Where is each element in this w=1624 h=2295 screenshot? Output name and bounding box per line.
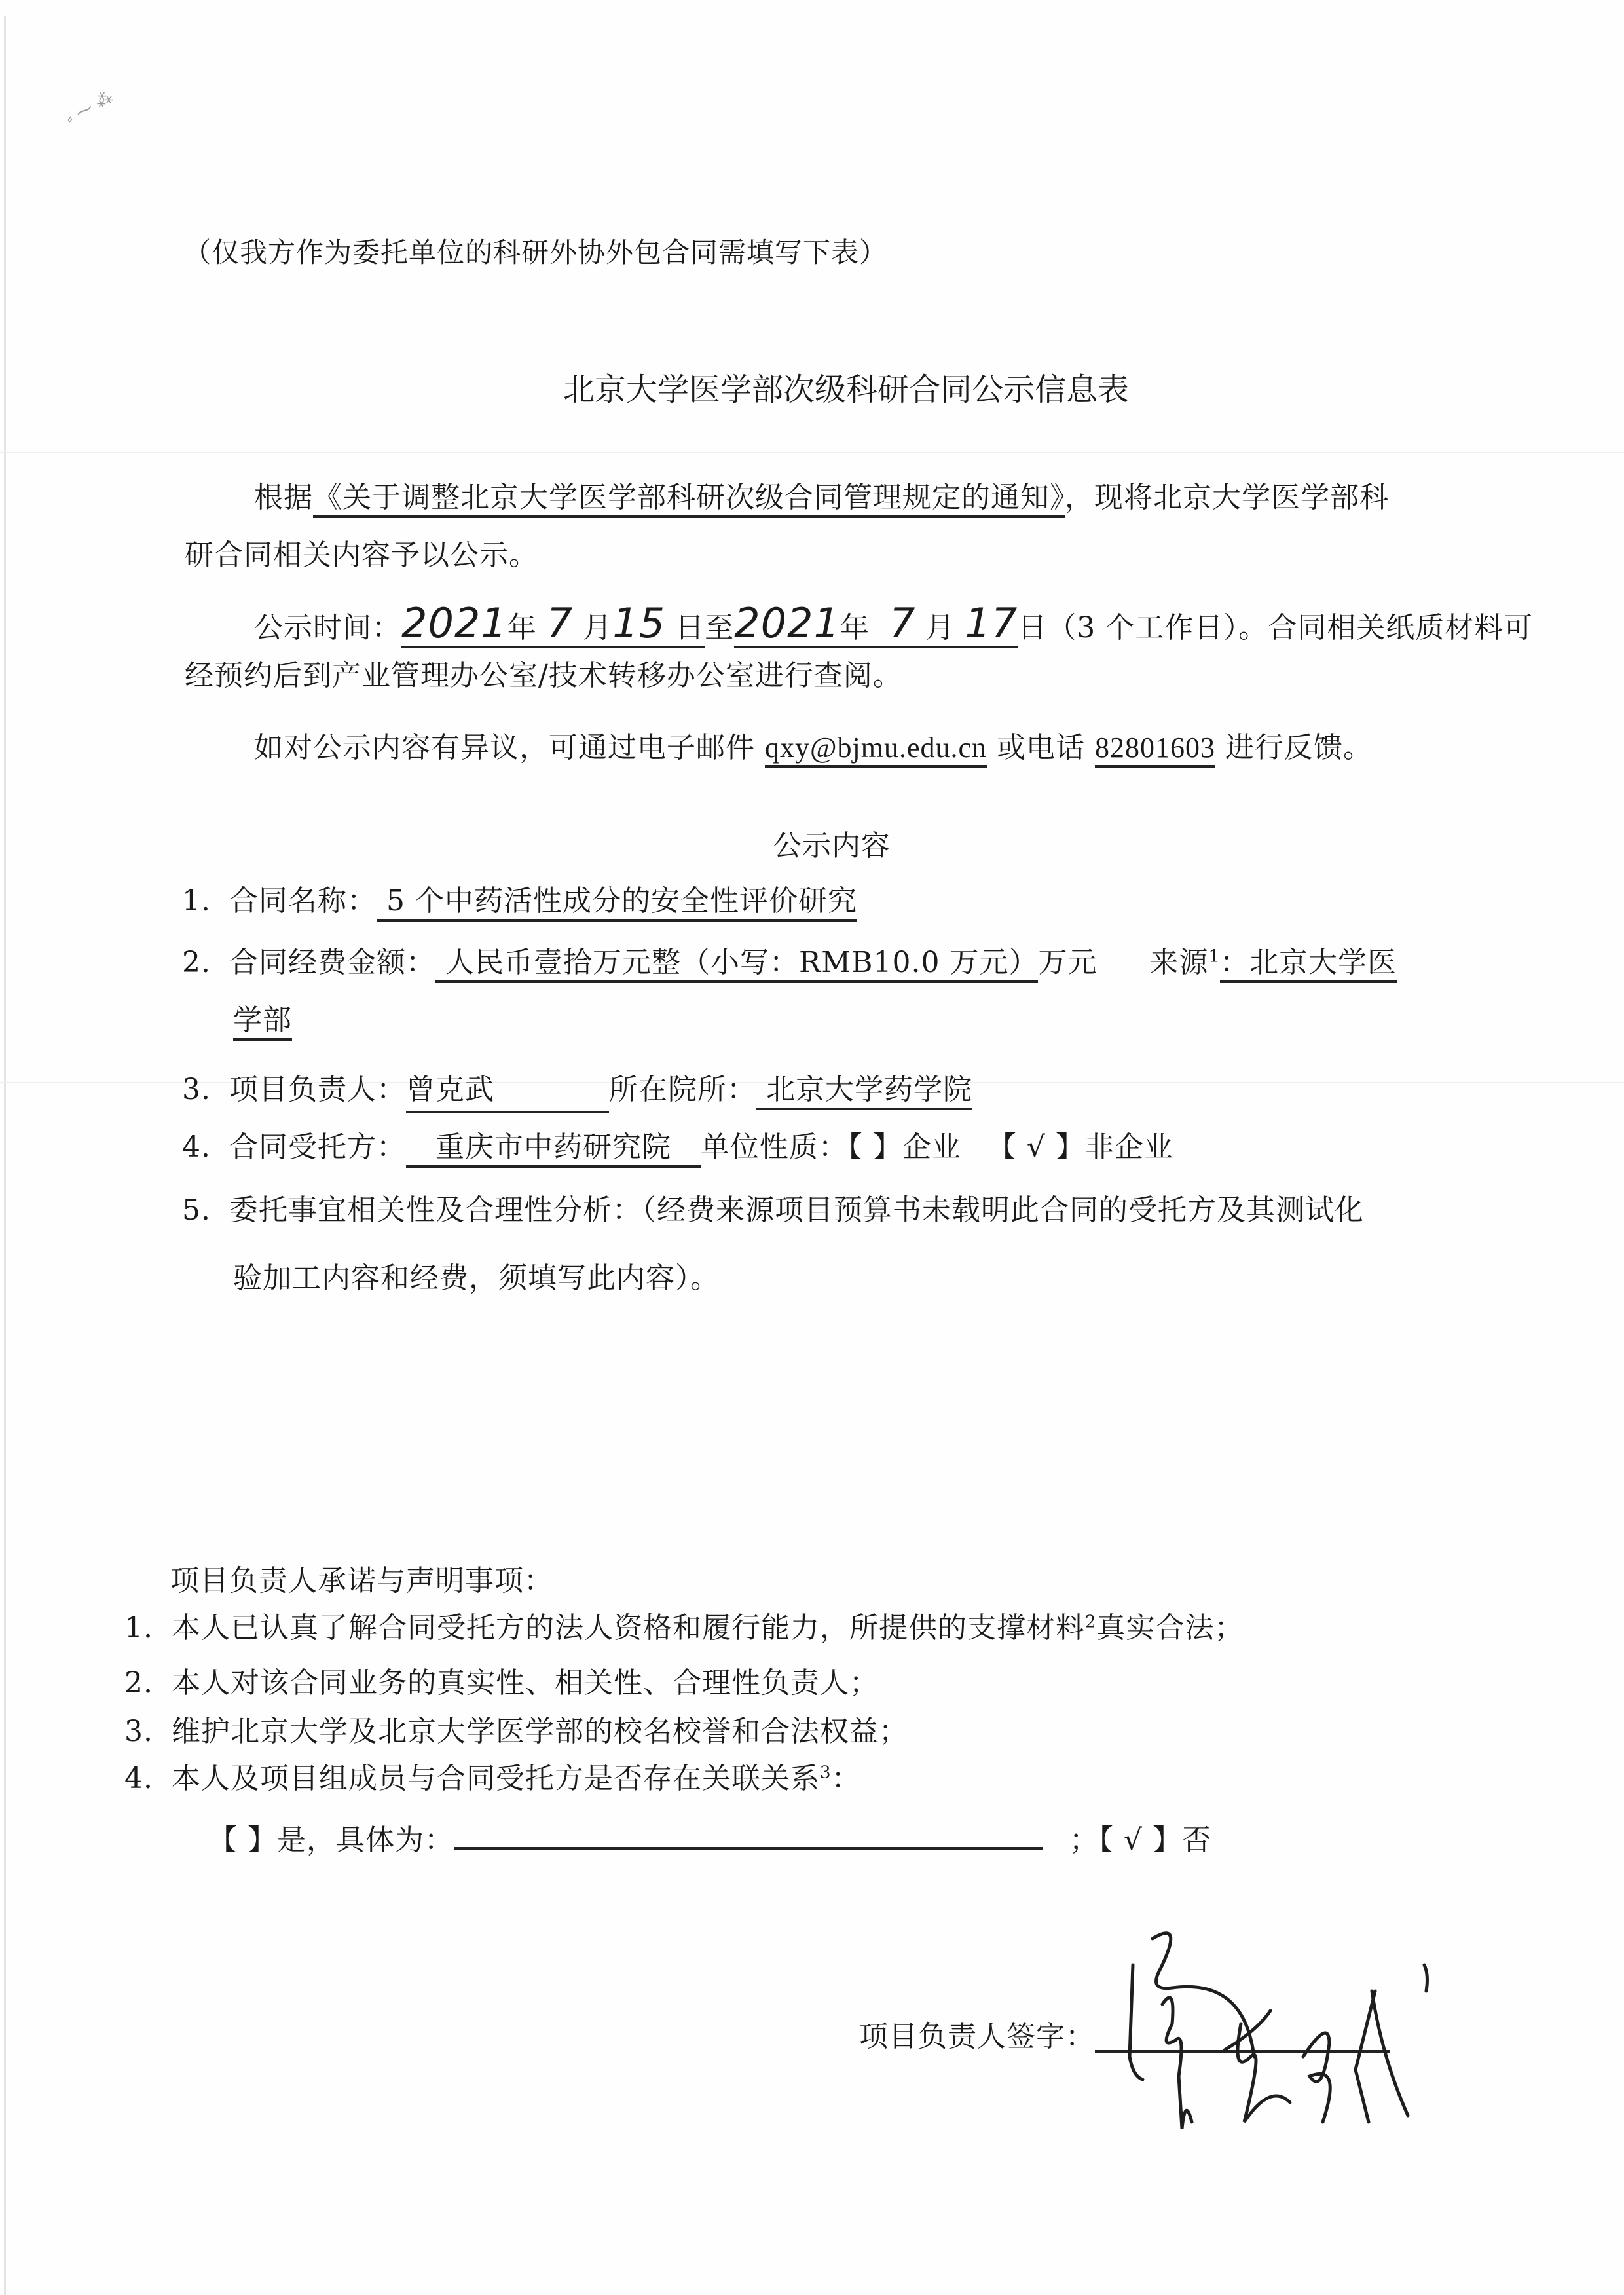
period-line-2: 经预约后到产业管理办公室/技术转移办公室进行查阅。 <box>185 656 902 696</box>
item-analysis: 5.委托事宜相关性及合理性分析：（经费来源项目预算书未载明此合同的受托方及其测试… <box>182 1191 1364 1230</box>
day-char: 日 <box>675 611 705 644</box>
analysis-instruction: （经费来源项目预算书未载明此合同的受托方及其测试化 <box>642 1193 1364 1227</box>
separator: ； <box>1069 1823 1099 1857</box>
commitment-item-2: 2.本人对该合同业务的真实性、相关性、合理性负责人； <box>124 1664 879 1703</box>
item-contract-name: 1.合同名称： 5 个中药活性成分的安全性评价研究 <box>182 882 857 921</box>
scanned-page: ⸗ ⁓ ⁂ （仅我方作为委托单位的科研外协外包合同需填写下表） 北京大学医学部次… <box>0 0 1624 2295</box>
signature-label: 项目负责人签字： <box>859 2020 1095 2053</box>
item-label: 合同名称： <box>229 884 377 918</box>
feedback-middle: 或电话 <box>987 731 1095 764</box>
amount-unit: 万元 <box>1038 946 1097 979</box>
item-number: 3. <box>182 1070 229 1110</box>
item-project-lead: 3.项目负责人： 曾克武所在院所： 北京大学药学院 <box>182 1070 972 1113</box>
section-title: 公示内容 <box>773 827 891 866</box>
commitment-title: 项目负责人承诺与声明事项： <box>170 1561 553 1601</box>
commitment-item-4: 4.本人及项目组成员与合同受托方是否存在关联关系3： <box>124 1759 861 1799</box>
contractor-value: 重庆市中药研究院 <box>406 1130 701 1168</box>
period-to: 至 <box>705 611 734 644</box>
form-note: （仅我方作为委托单位的科研外协外包合同需填写下表） <box>183 233 887 272</box>
checkbox-enterprise[interactable]: 【 】企业 <box>848 1130 961 1164</box>
project-lead-value: 曾克武 <box>406 1070 609 1113</box>
item-label: 项目负责人： <box>229 1073 406 1106</box>
intro-line-2: 研合同相关内容予以公示。 <box>185 536 538 575</box>
end-year: 2021 <box>734 599 840 647</box>
month-char: 月 <box>583 611 612 644</box>
amount-value: 人民币壹拾万元整（小写：RMB10.0 万元） <box>435 946 1038 983</box>
year-char: 年 <box>840 611 870 644</box>
relation-options: 【 】是，具体为：；【 √ 】否 <box>208 1821 1211 1860</box>
item-number: 1. <box>124 1609 172 1648</box>
item-number: 1. <box>182 882 229 921</box>
page-title: 北京大学医学部次级科研合同公示信息表 <box>563 364 1129 409</box>
source-label: 来源 <box>1149 946 1208 979</box>
intro-prefix: 根据 <box>254 481 313 514</box>
period-suffix: （3 个工作日）。合同相关纸质材料可 <box>1047 611 1533 644</box>
feedback-prefix: 如对公示内容有异议，可通过电子邮件 <box>254 731 765 764</box>
checkbox-non-enterprise[interactable]: 【 √ 】非企业 <box>987 1130 1173 1164</box>
commitment-text: 本人及项目组成员与合同受托方是否存在关联关系 <box>172 1762 820 1795</box>
handwritten-signature <box>1113 1926 1480 2135</box>
item-analysis-line-2: 验加工内容和经费，须填写此内容）。 <box>233 1259 720 1298</box>
commitment-tail: 真实合法； <box>1097 1611 1244 1645</box>
period-end-field[interactable]: 2021年 7 月 17 <box>734 611 1018 648</box>
feedback-suffix: 进行反馈。 <box>1215 731 1373 764</box>
footnote-ref: 2 <box>1085 1612 1097 1632</box>
footnote-ref: 1 <box>1208 946 1220 966</box>
item-contract-amount-line-2: 学部 <box>233 1001 292 1040</box>
intro-suffix: ，现将北京大学医学部科 <box>1065 481 1389 514</box>
start-year: 2021 <box>401 599 507 647</box>
item-number: 5. <box>182 1191 229 1230</box>
item-number: 4. <box>182 1128 229 1167</box>
commitment-text: 本人已认真了解合同受托方的法人资格和履行能力，所提供的支撑材料 <box>172 1611 1085 1645</box>
day-char: 日 <box>1018 611 1047 644</box>
item-contract-amount: 2.合同经费金额： 人民币壹拾万元整（小写：RMB10.0 万元）万元来源1：北… <box>182 943 1397 982</box>
scan-edge <box>4 16 6 2295</box>
relation-detail-field[interactable] <box>454 1847 1043 1850</box>
intro-line-1: 根据《关于调整北京大学医学部科研次级合同管理规定的通知》，现将北京大学医学部科 <box>254 478 1389 517</box>
fold-line <box>0 452 1624 453</box>
item-number: 4. <box>124 1759 172 1799</box>
commitment-tail: ： <box>832 1762 861 1795</box>
month-char: 月 <box>925 611 955 644</box>
item-label: 合同受托方： <box>229 1130 406 1164</box>
contract-name-value: 5 个中药活性成分的安全性评价研究 <box>377 884 857 922</box>
item-number: 2. <box>124 1664 172 1703</box>
nature-label: 单位性质： <box>701 1130 848 1164</box>
commitment-text: 本人对该合同业务的真实性、相关性、合理性负责人； <box>172 1666 879 1700</box>
period-start-field[interactable]: 2021年 7 月15 日 <box>401 611 705 648</box>
commitment-item-3: 3.维护北京大学及北京大学医学部的校名校誉和合法权益； <box>124 1712 908 1751</box>
item-number: 2. <box>182 943 229 982</box>
item-contractor: 4.合同受托方： 重庆市中药研究院 单位性质：【 】企业【 √ 】非企业 <box>182 1128 1173 1167</box>
period-line-1: 公示时间：2021年 7 月15 日至2021年 7 月 17日（3 个工作日）… <box>254 604 1533 648</box>
analysis-blank-area[interactable] <box>233 1310 1477 1533</box>
end-day: 17 <box>965 599 1018 647</box>
feedback-phone[interactable]: 82801603 <box>1095 732 1215 768</box>
end-month: 7 <box>889 599 915 647</box>
staple-mark: ⸗ ⁓ ⁂ <box>62 88 116 129</box>
institute-label: 所在院所： <box>609 1073 756 1106</box>
commitment-item-1: 1.本人已认真了解合同受托方的法人资格和履行能力，所提供的支撑材料2真实合法； <box>124 1609 1244 1648</box>
source-value-cont: 学部 <box>233 1003 292 1041</box>
feedback-email-link[interactable]: qxy@bjmu.edu.cn <box>765 732 987 768</box>
notice-link[interactable]: 《关于调整北京大学医学部科研次级合同管理规定的通知》 <box>313 481 1065 518</box>
checkbox-relation-yes[interactable]: 【 】是，具体为： <box>208 1823 454 1857</box>
footnote-ref: 3 <box>820 1763 832 1782</box>
year-char: 年 <box>507 611 537 644</box>
institute-value: 北京大学药学院 <box>756 1073 972 1110</box>
item-label: 合同经费金额： <box>229 946 435 979</box>
period-label: 公示时间： <box>254 611 401 644</box>
source-value: ：北京大学医 <box>1220 946 1397 983</box>
commitment-text: 维护北京大学及北京大学医学部的校名校誉和合法权益； <box>172 1715 908 1748</box>
start-day: 15 <box>612 599 665 647</box>
feedback-line: 如对公示内容有异议，可通过电子邮件 qxy@bjmu.edu.cn 或电话 82… <box>254 728 1373 768</box>
item-number: 3. <box>124 1712 172 1751</box>
start-month: 7 <box>547 599 573 647</box>
checkbox-relation-no[interactable]: 【 √ 】否 <box>1099 1823 1211 1857</box>
item-label: 委托事宜相关性及合理性分析： <box>229 1193 642 1227</box>
